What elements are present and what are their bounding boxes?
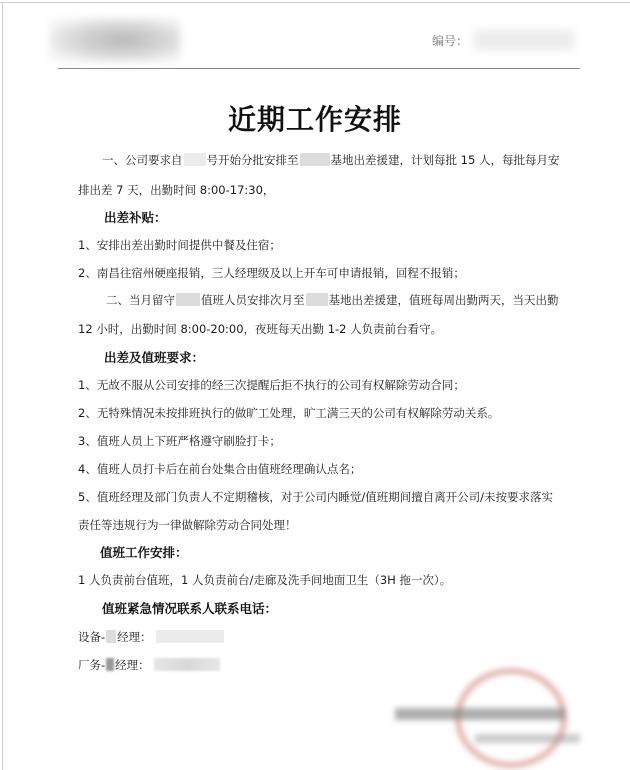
page-border-top [0,2,630,3]
serial-number-redacted [474,30,574,50]
redacted-location [306,293,328,306]
requirement-item-2: 2、无特殊情况未按排班执行的做旷工处理，旷工满三天的公司有权解除劳动关系。 [78,405,499,421]
section1-line1: 一、公司要求自号开始分批安排至基地出差援建，计划每批 15 人，每批每月安 [102,152,559,168]
section1-text-c: 基地出差援建，计划每批 15 人，每批每月安 [331,153,560,167]
company-logo-redacted [50,18,180,62]
contact-facility-manager: 厂务-经理： [78,657,221,673]
contact-prefix: 设备- [78,630,105,644]
header-divider [58,68,580,69]
section2-text-b: 值班人员安排次月至 [201,293,305,307]
contact-suffix: 经理： [117,630,152,644]
requirement-item-5-cont: 责任等违规行为一律做解除劳动合同处理！ [78,517,297,533]
section2-text-a: 二、当月留守 [106,293,175,307]
redacted-name [106,658,114,671]
stamp-text-redacted [475,734,580,743]
section1-line2: 排出差 7 天，出勤时间 8:00-17:30， [78,182,274,198]
requirement-item-4: 4、值班人员打卡后在前台处集合由值班经理确认点名； [78,461,361,477]
contact-equipment-manager: 设备-经理： [78,629,225,645]
redacted-phone [154,658,220,671]
duty-text: 1 人负责前台值班，1 人负责前台/走廊及洗手间地面卫生（3H 拖一次）。 [78,572,451,588]
contact-suffix: 经理： [115,658,150,672]
duty-heading: 值班工作安排： [100,543,188,561]
contacts-heading: 值班紧急情况联系人联系电话： [102,599,277,617]
requirements-heading: 出差及值班要求： [104,348,204,366]
allowance-item-1: 1、安排出差出勤时间提供中餐及住宿； [78,237,281,253]
section2-text-c: 基地出差援建，值班每周出勤两天，当天出勤 [329,293,559,307]
allowance-item-2: 2、南昌往宿州硬座报销，三人经理级及以上开车可申请报销，回程不报销； [78,265,465,281]
stamp-signature-redacted [395,708,565,720]
redacted-location [176,293,200,306]
requirement-item-3: 3、值班人员上下班严格遵守刷脸打卡； [78,433,281,449]
section2-line2: 12 小时，出勤时间 8:00-20:00，夜班每天出勤 1-2 人负责前台看守… [78,321,442,337]
requirement-item-5: 5、值班经理及部门负责人不定期稽核，对于公司内睡觉/值班期间擅自离开公司/未按要… [78,489,553,505]
redacted-name [106,630,116,643]
allowance-heading: 出差补贴： [104,208,167,226]
section1-text-b: 号开始分批安排至 [207,153,299,167]
document-title: 近期工作安排 [0,98,630,138]
requirement-item-1: 1、无故不服从公司安排的经三次提醒后拒不执行的公司有权解除劳动合同； [78,377,465,393]
contact-prefix: 厂务- [78,658,105,672]
redacted-location [300,153,330,166]
section2-line1: 二、当月留守值班人员安排次月至基地出差援建，值班每周出勤两天，当天出勤 [106,292,559,308]
company-seal-stamp [395,668,595,768]
section1-text-a: 一、公司要求自 [102,153,183,167]
serial-number-label: 编号： [432,32,468,49]
redacted-date [184,153,206,166]
redacted-phone [156,630,224,643]
